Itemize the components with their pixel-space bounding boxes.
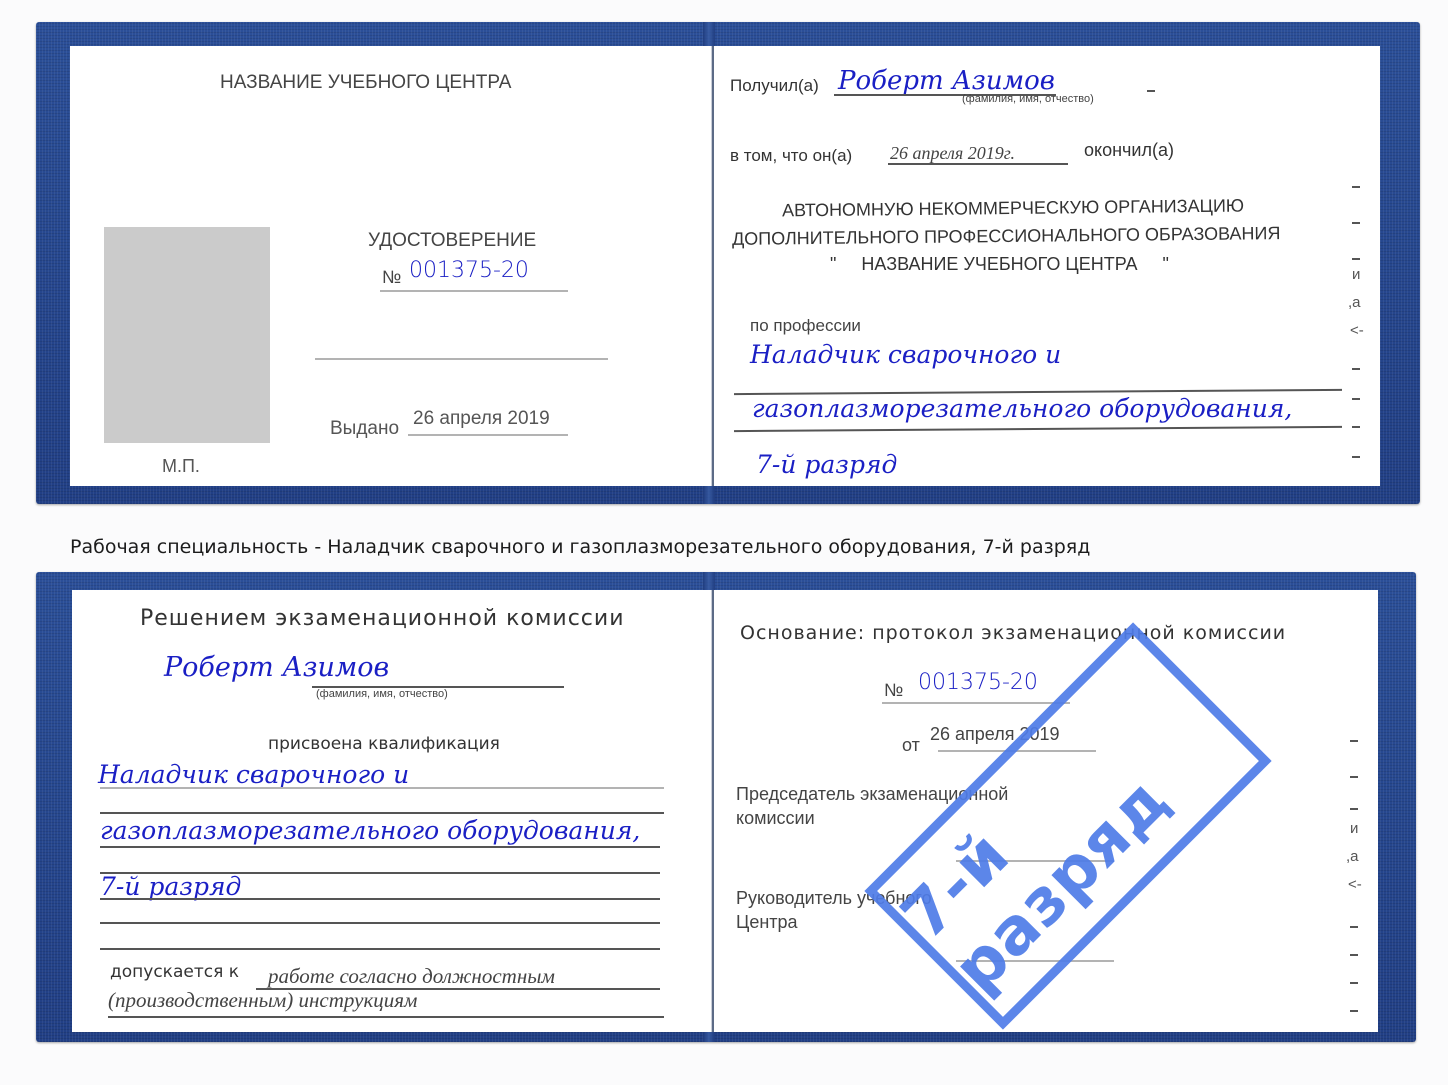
org-line-1: АВТОНОМНУЮ НЕКОММЕРЧЕСКУЮ ОРГАНИЗАЦИЮ: [782, 196, 1244, 222]
edge-char: <-: [1350, 322, 1364, 339]
edge-dash: [1350, 982, 1358, 984]
completed-label: окончил(а): [1084, 140, 1174, 161]
qualification-rule-7: [100, 948, 660, 950]
admitted-line-2: (производственным) инструкциям: [108, 988, 417, 1013]
qualification-line-2: газоплазморезательного оборудования,: [100, 816, 640, 845]
person-name: Роберт Азимов: [164, 652, 389, 683]
edge-dash: [1350, 954, 1358, 956]
profession-line-2: газоплазморезательного оборудования,: [752, 394, 1292, 423]
signature-line: [315, 358, 608, 360]
edge-dash: [1352, 222, 1360, 224]
profession-rule-2: [734, 426, 1342, 432]
photo-placeholder: [104, 227, 270, 443]
admitted-label: допускается к: [110, 962, 239, 982]
protocol-number: 001375-20: [918, 670, 1038, 695]
qualification-line-3: 7-й разряд: [100, 872, 241, 901]
qualification-rule-6: [100, 922, 660, 924]
edge-dash: [1352, 456, 1360, 458]
qualification-rule-3: [100, 846, 660, 848]
specialty-caption: Рабочая специальность - Наладчик сварочн…: [70, 533, 1100, 561]
training-center-name: НАЗВАНИЕ УЧЕБНОГО ЦЕНТРА: [220, 72, 512, 94]
org-line-3: " НАЗВАНИЕ УЧЕБНОГО ЦЕНТРА ": [830, 254, 1169, 275]
edge-dash: [1352, 186, 1360, 188]
edge-char: и: [1350, 820, 1358, 837]
completion-date: 26 апреля 2019г.: [890, 143, 1015, 164]
stamp-place-label: М.П.: [162, 456, 200, 477]
issued-label: Выдано: [330, 418, 399, 440]
admitted-line-1: работе согласно должностным: [268, 964, 555, 989]
edge-dash: [1350, 1010, 1358, 1012]
that-label: в том, что он(а): [730, 146, 852, 166]
head-label-2: Центра: [736, 912, 798, 933]
chairman-label-2: комиссии: [736, 808, 815, 829]
edge-dash: [1352, 258, 1360, 260]
edge-dash: [1352, 426, 1360, 428]
qualification-rule-2: [100, 812, 664, 814]
number-underline: [380, 290, 568, 292]
protocol-number-prefix: №: [884, 680, 903, 701]
edge-char: ,а: [1348, 294, 1361, 311]
bottom-left-page: Решением экзаменационной комиссии Роберт…: [72, 590, 712, 1032]
edge-char: и: [1352, 266, 1360, 283]
edge-dash: [1350, 776, 1358, 778]
edge-dash: [1352, 368, 1360, 370]
decision-heading: Решением экзаменационной комиссии: [140, 606, 625, 631]
qualification-line-1: Наладчик сварочного и: [98, 760, 409, 789]
edge-dash: [1350, 740, 1358, 742]
org-line-2: ДОПОЛНИТЕЛЬНОГО ПРОФЕССИОНАЛЬНОГО ОБРАЗО…: [732, 223, 1281, 250]
edge-dash: [1352, 398, 1360, 400]
issued-date: 26 апреля 2019: [413, 408, 550, 430]
profession-label: по профессии: [750, 316, 861, 336]
received-label: Получил(а): [730, 76, 819, 96]
recipient-dash: [1147, 90, 1155, 92]
edge-dash: [1350, 808, 1358, 810]
qualification-rule-5: [100, 898, 660, 900]
edge-char: ,а: [1346, 848, 1359, 865]
recipient-name-hint: (фамилия, имя, отчество): [962, 93, 1094, 105]
number-prefix: №: [382, 267, 401, 288]
top-left-page: НАЗВАНИЕ УЧЕБНОГО ЦЕНТРА УДОСТОВЕРЕНИЕ №…: [70, 46, 712, 486]
edge-dash: [1350, 926, 1358, 928]
document-title: УДОСТОВЕРЕНИЕ: [368, 230, 536, 252]
qualification-rule-1: [100, 787, 664, 789]
qualification-label: присвоена квалификация: [268, 734, 500, 754]
person-name-hint: (фамилия, имя, отчество): [316, 688, 448, 700]
profession-line-1: Наладчик сварочного и: [750, 340, 1061, 369]
protocol-date-prefix: от: [902, 735, 920, 756]
recipient-name: Роберт Азимов: [838, 66, 1055, 96]
certificate-number: 001375-20: [409, 258, 529, 283]
completion-date-underline: [888, 163, 1068, 165]
profession-line-3: 7-й разряд: [756, 450, 897, 479]
basis-heading: Основание: протокол экзаменационной коми…: [740, 622, 1286, 644]
protocol-number-underline: [882, 702, 1070, 704]
issued-underline: [408, 434, 568, 436]
top-right-page: Получил(а) Роберт Азимов (фамилия, имя, …: [712, 46, 1380, 486]
admitted-rule-2: [108, 1016, 664, 1018]
edge-char: <-: [1348, 876, 1362, 893]
